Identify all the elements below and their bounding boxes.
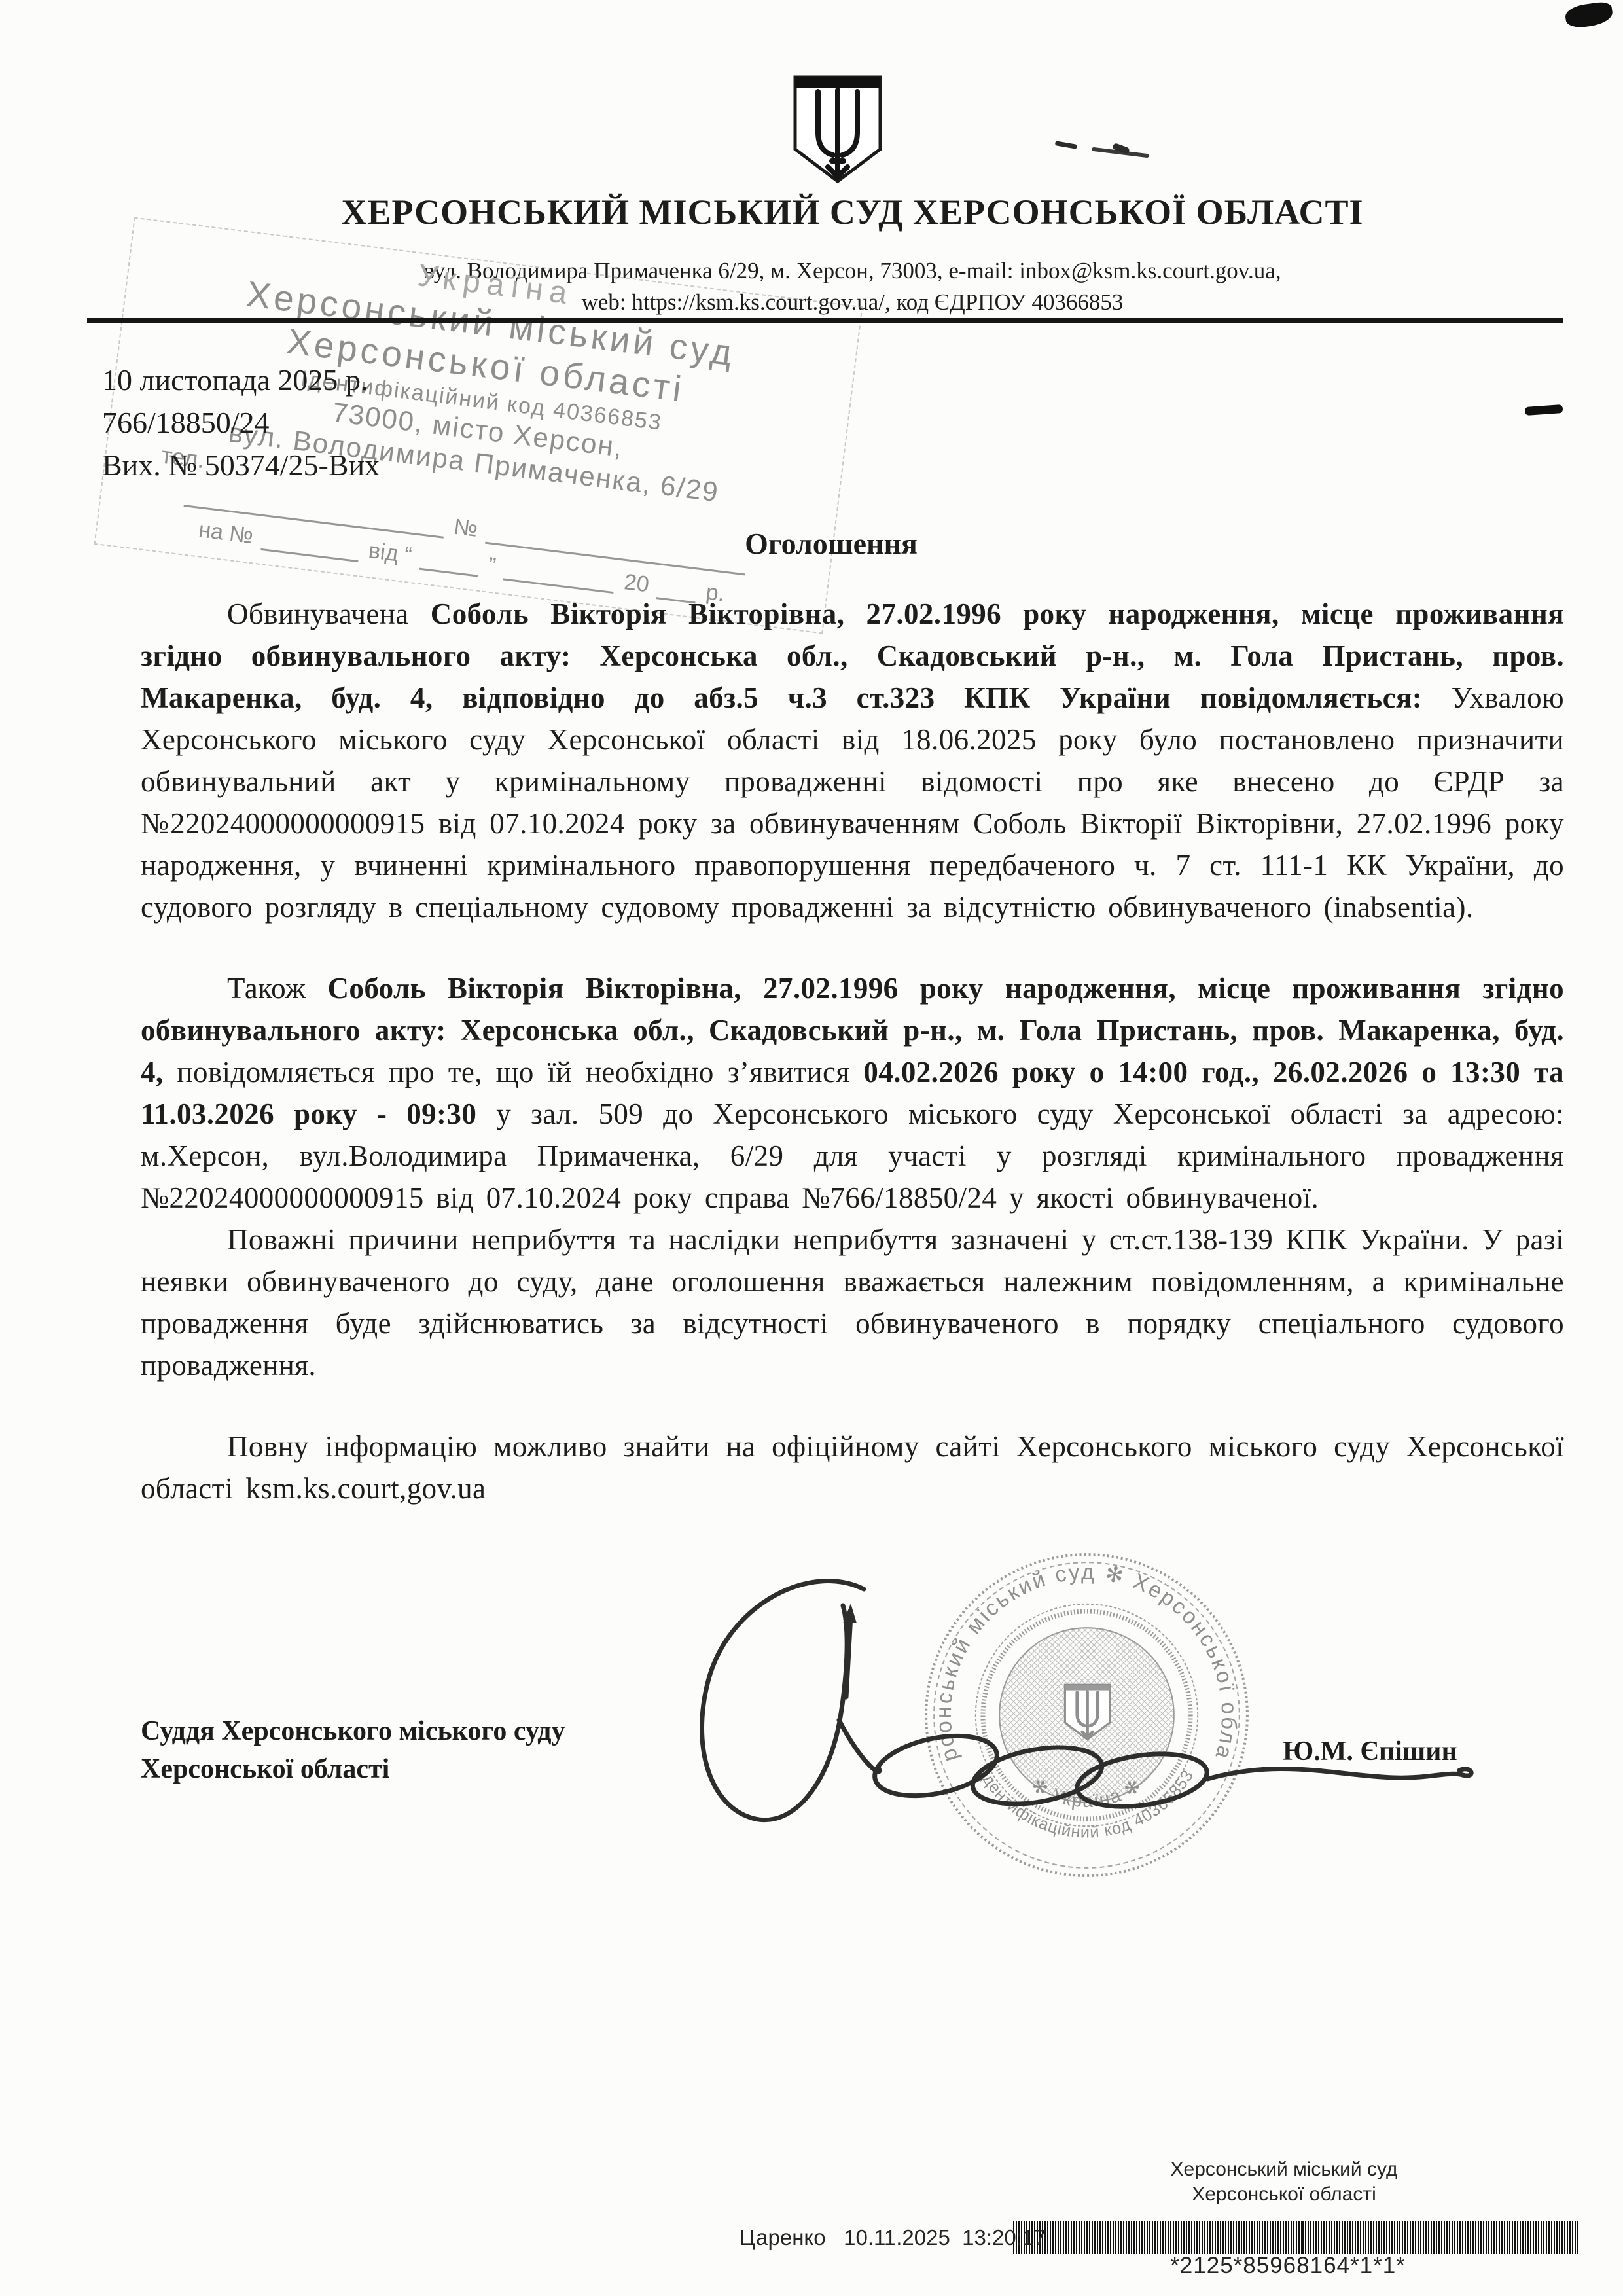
barcode-bar (1272, 2221, 1274, 2254)
barcode-bar (1318, 2221, 1319, 2254)
barcode-bar (1126, 2221, 1127, 2254)
barcode-bar (1280, 2221, 1281, 2254)
barcode-bar (1360, 2221, 1361, 2254)
barcode-bar (1215, 2221, 1216, 2254)
barcode-bar (1501, 2221, 1503, 2254)
barcode-bar (1342, 2221, 1343, 2254)
scan-artifact (1055, 141, 1078, 149)
barcode-bar (1212, 2221, 1213, 2254)
barcode-bar (1115, 2221, 1116, 2254)
barcode-bar (1512, 2221, 1513, 2254)
barcode-bar (1449, 2221, 1450, 2254)
barcode-bar (1298, 2221, 1300, 2254)
barcode-bar (1139, 2221, 1140, 2254)
footer-clerk: Царенко (740, 2225, 826, 2250)
barcode-bar (1504, 2221, 1505, 2254)
barcode-bar (1068, 2221, 1069, 2254)
footer-time: 13:20:17 (962, 2225, 1046, 2250)
barcode-bar (1454, 2221, 1455, 2254)
barcode-bar (1199, 2221, 1200, 2254)
barcode-bar (1433, 2221, 1435, 2254)
barcode-bar (1357, 2221, 1359, 2254)
footer-court-line1: Херсонський міський суд (1116, 2159, 1452, 2181)
barcode-bar (1285, 2221, 1287, 2254)
barcode-bar (1144, 2221, 1145, 2254)
barcode-bar (1493, 2221, 1495, 2254)
barcode-bar (1178, 2221, 1179, 2254)
barcode-bar (1196, 2221, 1198, 2254)
paragraph: Поважні причини неприбуття та наслідки н… (141, 1219, 1564, 1386)
barcode-bar (1288, 2221, 1289, 2254)
barcode-bar (1577, 2221, 1578, 2254)
barcode-bar (1397, 2221, 1398, 2254)
barcode-bar (1509, 2221, 1510, 2254)
barcode-bar (1308, 2221, 1309, 2254)
barcode-bar (1131, 2221, 1132, 2254)
barcode-bar (1107, 2221, 1109, 2254)
barcode-bar (1293, 2221, 1294, 2254)
barcode-bar (1152, 2221, 1153, 2254)
barcode-bar (1113, 2221, 1114, 2254)
barcode-bar (1301, 2221, 1304, 2254)
barcode-bar (1381, 2221, 1382, 2254)
judge-name: Ю.М. Єпішин (1283, 1736, 1457, 1767)
barcode-bar (1465, 2221, 1466, 2254)
text-run: Поважні причини неприбуття та наслідки н… (141, 1223, 1564, 1382)
barcode-bar (1257, 2221, 1258, 2254)
barcode-bar (1561, 2221, 1563, 2254)
barcode-bar (1160, 2221, 1161, 2254)
barcode-bar (1270, 2221, 1271, 2254)
barcode-bar (1336, 2221, 1338, 2254)
barcode-bar (1425, 2221, 1427, 2254)
barcode-bar (1254, 2221, 1255, 2254)
barcode-bar (1551, 2221, 1552, 2254)
barcode-bar (1559, 2221, 1560, 2254)
outgoing-number: Вих. № 50374/25-Вих (102, 444, 380, 486)
footer-court-line2: Херсонської області (1116, 2183, 1452, 2206)
barcode-bar (1370, 2221, 1372, 2254)
barcode-bar (1305, 2221, 1306, 2254)
footer-clerk-line: Царенко 10.11.2025 13:20:17 (740, 2225, 1046, 2250)
barcode-bar (1478, 2221, 1479, 2254)
barcode-bar (1368, 2221, 1369, 2254)
barcode-bar (1344, 2221, 1346, 2254)
barcode-bar (1047, 2221, 1048, 2254)
barcode-bar (1188, 2221, 1190, 2254)
barcode-bar (1105, 2221, 1106, 2254)
document-title: Оголошення (141, 526, 1522, 561)
barcode-bar (1507, 2221, 1508, 2254)
case-number: 766/18850/24 (102, 401, 380, 444)
barcode-bar (1315, 2221, 1317, 2254)
barcode-bar (1321, 2221, 1322, 2254)
barcode-bar (1467, 2221, 1469, 2254)
reference-block: 10 листопада 2025 р. 766/18850/24 Вих. №… (102, 359, 380, 486)
barcode-bar (1472, 2221, 1474, 2254)
barcode-bar (1391, 2221, 1393, 2254)
barcode-bar (1365, 2221, 1366, 2254)
barcode-bar (1133, 2221, 1135, 2254)
barcode-bar (1186, 2221, 1187, 2254)
barcode-bar (1575, 2221, 1576, 2254)
barcode-bar (1094, 2221, 1096, 2254)
barcode-bar (1123, 2221, 1124, 2254)
barcode-bar (1246, 2221, 1247, 2254)
barcode-bar (1204, 2221, 1205, 2254)
barcode-bar (1147, 2221, 1148, 2254)
scan-artifact (1525, 404, 1563, 416)
barcode-bar (1194, 2221, 1195, 2254)
scan-artifact (1564, 1, 1614, 29)
barcode-bar (1050, 2221, 1051, 2254)
barcode-bar (1076, 2221, 1077, 2254)
barcode-bar (1277, 2221, 1279, 2254)
barcode-bar (1154, 2221, 1156, 2254)
barcode-value: *2125*85968164*1*1* (1120, 2253, 1455, 2279)
footer-date: 10.11.2025 (844, 2225, 950, 2250)
barcode-bar (1141, 2221, 1143, 2254)
barcode-bar (1499, 2221, 1500, 2254)
barcode-bar (1522, 2221, 1524, 2254)
barcode-bar (1394, 2221, 1395, 2254)
barcode-bar (1202, 2221, 1203, 2254)
barcode-bar (1488, 2221, 1489, 2254)
barcode-bar (1567, 2221, 1568, 2254)
barcode-bar (1073, 2221, 1075, 2254)
barcode-bar (1376, 2221, 1377, 2254)
barcode-bar (1097, 2221, 1098, 2254)
barcode-bar (1162, 2221, 1164, 2254)
barcode-bar (1349, 2221, 1351, 2254)
judge-position-line2: Херсонської області (141, 1750, 565, 1788)
barcode-bar (1060, 2221, 1061, 2254)
barcode-bar (1086, 2221, 1088, 2254)
barcode-bar (1457, 2221, 1458, 2254)
barcode-bar (1543, 2221, 1544, 2254)
judge-signature (654, 1550, 1505, 1851)
barcode-bar (1329, 2221, 1330, 2254)
barcode-bar (1291, 2221, 1292, 2254)
barcode-bar (1530, 2221, 1531, 2254)
barcode-bar (1181, 2221, 1182, 2254)
barcode-bar (1446, 2221, 1448, 2254)
barcode-bar (1262, 2221, 1263, 2254)
barcode-bar (1541, 2221, 1542, 2254)
barcode-bar (1383, 2221, 1385, 2254)
barcode-bar (1412, 2221, 1414, 2254)
barcode-bar (1538, 2221, 1539, 2254)
barcode-bar (1514, 2221, 1516, 2254)
barcode-bar (1420, 2221, 1421, 2254)
barcode-bar (1496, 2221, 1497, 2254)
barcode-bar (1373, 2221, 1374, 2254)
barcode-bar (1423, 2221, 1424, 2254)
barcode-bar (1230, 2221, 1232, 2254)
barcode-bar (1491, 2221, 1492, 2254)
barcode-bar (1572, 2221, 1573, 2254)
barcode-bar (1217, 2221, 1219, 2254)
barcode-bar (1120, 2221, 1122, 2254)
barcode-bar (1355, 2221, 1356, 2254)
barcode-bar (1081, 2221, 1082, 2254)
text-run: Обвинувачена (227, 598, 431, 630)
barcode-bar (1168, 2221, 1169, 2254)
barcode-bar (1128, 2221, 1130, 2254)
barcode-bar (1079, 2221, 1080, 2254)
barcode-bar (1418, 2221, 1419, 2254)
signature-block: Суддя Херсонського міського суду Херсонс… (141, 1712, 565, 1788)
barcode-bar (1569, 2221, 1571, 2254)
barcode-bar (1222, 2221, 1224, 2254)
barcode-bar (1157, 2221, 1158, 2254)
barcode-bar (1352, 2221, 1353, 2254)
barcode-bar (1228, 2221, 1229, 2254)
barcode-bar (1183, 2221, 1185, 2254)
paragraph: Обвинувачена Соболь Вікторія Вікторівна,… (141, 593, 1564, 928)
barcode-bar (1404, 2221, 1406, 2254)
barcode-bar (1339, 2221, 1340, 2254)
barcode-bar (1556, 2221, 1558, 2254)
barcode-bar (1438, 2221, 1440, 2254)
barcode-bar (1165, 2221, 1166, 2254)
barcode-bar (1459, 2221, 1461, 2254)
barcode-bar (1283, 2221, 1284, 2254)
barcode-bar (1238, 2221, 1240, 2254)
barcode-bar (1052, 2221, 1054, 2254)
barcode-bar (1527, 2221, 1529, 2254)
barcode-bar (1378, 2221, 1380, 2254)
barcode-bar (1264, 2221, 1266, 2254)
barcode-bar (1546, 2221, 1547, 2254)
barcode-bar (1243, 2221, 1245, 2254)
barcode-bar (1173, 2221, 1174, 2254)
barcode-bar (1436, 2221, 1437, 2254)
barcode-bar (1441, 2221, 1442, 2254)
barcode-bar (1483, 2221, 1484, 2254)
document-date: 10 листопада 2025 р. (102, 359, 380, 401)
text-run: Ухвалою Херсонського міського суду Херсо… (141, 681, 1564, 924)
barcode-bar (1071, 2221, 1072, 2254)
barcode-bar (1207, 2221, 1208, 2254)
barcode-bar (1444, 2221, 1445, 2254)
barcode-bar (1063, 2221, 1064, 2254)
barcode-bar (1564, 2221, 1565, 2254)
barcode-bar (1410, 2221, 1411, 2254)
barcode-bar (1554, 2221, 1555, 2254)
paragraph: Повну інформацію можливо знайти на офіці… (141, 1426, 1564, 1509)
barcode-bar (1470, 2221, 1471, 2254)
barcode-bar (1110, 2221, 1111, 2254)
barcode-bar (1452, 2221, 1453, 2254)
barcode-bar (1462, 2221, 1463, 2254)
barcode-bar (1347, 2221, 1348, 2254)
barcode-bar (1259, 2221, 1260, 2254)
barcode-bar (1092, 2221, 1093, 2254)
barcode-bar (1191, 2221, 1192, 2254)
barcode-bar (1525, 2221, 1526, 2254)
barcode-bar (1389, 2221, 1390, 2254)
barcode-bar (1058, 2221, 1059, 2254)
barcode-bar (1118, 2221, 1119, 2254)
barcode-bar (1331, 2221, 1332, 2254)
barcode-bar (1517, 2221, 1518, 2254)
barcode-bar (1220, 2221, 1221, 2254)
barcode-bar (1089, 2221, 1090, 2254)
barcode-bar (1084, 2221, 1085, 2254)
barcode-bar (1407, 2221, 1408, 2254)
barcode-bar (1149, 2221, 1150, 2254)
barcode-bar (1099, 2221, 1101, 2254)
barcode-bar (1249, 2221, 1250, 2254)
barcode-bar (1402, 2221, 1403, 2254)
barcode-bar (1275, 2221, 1276, 2254)
barcode-bar (1170, 2221, 1171, 2254)
scanned-court-document: ХЕРСОНСЬКИЙ МІСЬКИЙ СУД ХЕРСОНСЬКОЇ ОБЛА… (0, 0, 1623, 2296)
barcode-bar (1480, 2221, 1482, 2254)
barcode (1013, 2221, 1584, 2254)
barcode-bar (1175, 2221, 1177, 2254)
barcode-bar (1386, 2221, 1387, 2254)
barcode-bar (1334, 2221, 1335, 2254)
barcode-bar (1415, 2221, 1416, 2254)
barcode-bar (1475, 2221, 1476, 2254)
barcode-bar (1209, 2221, 1211, 2254)
barcode-bar (1533, 2221, 1534, 2254)
barcode-bar (1399, 2221, 1400, 2254)
barcode-bar (1428, 2221, 1429, 2254)
barcode-bar (1313, 2221, 1314, 2254)
barcode-bar (1323, 2221, 1325, 2254)
barcode-bar (1486, 2221, 1487, 2254)
judge-position-line1: Суддя Херсонського міського суду (141, 1712, 565, 1750)
barcode-bar (1548, 2221, 1550, 2254)
barcode-bar (1267, 2221, 1268, 2254)
barcode-bar (1055, 2221, 1056, 2254)
barcode-bar (1326, 2221, 1327, 2254)
ukraine-trident-icon (789, 72, 887, 187)
barcode-bar (1251, 2221, 1253, 2254)
paragraph: Також Соболь Вікторія Вікторівна, 27.02.… (141, 967, 1564, 1219)
barcode-bar (1236, 2221, 1237, 2254)
barcode-bar (1225, 2221, 1226, 2254)
text-run: Також (227, 972, 328, 1005)
header-divider (87, 318, 1563, 323)
barcode-bar (1296, 2221, 1297, 2254)
barcode-bar (1233, 2221, 1234, 2254)
document-body: Обвинувачена Соболь Вікторія Вікторівна,… (141, 593, 1564, 1509)
barcode-bar (1363, 2221, 1364, 2254)
barcode-bar (1241, 2221, 1242, 2254)
barcode-bar (1310, 2221, 1311, 2254)
barcode-bar (1520, 2221, 1521, 2254)
barcode-bar (1102, 2221, 1103, 2254)
barcode-bar (1065, 2221, 1067, 2254)
barcode-bar (1136, 2221, 1137, 2254)
barcode-bar (1431, 2221, 1432, 2254)
court-name: ХЕРСОНСЬКИЙ МІСЬКИЙ СУД ХЕРСОНСЬКОЇ ОБЛА… (141, 192, 1564, 232)
text-run: Повну інформацію можливо знайти на офіці… (141, 1430, 1564, 1505)
barcode-bar (1535, 2221, 1537, 2254)
text-run: повідомляється про те, що їй необхідно з… (164, 1056, 864, 1088)
